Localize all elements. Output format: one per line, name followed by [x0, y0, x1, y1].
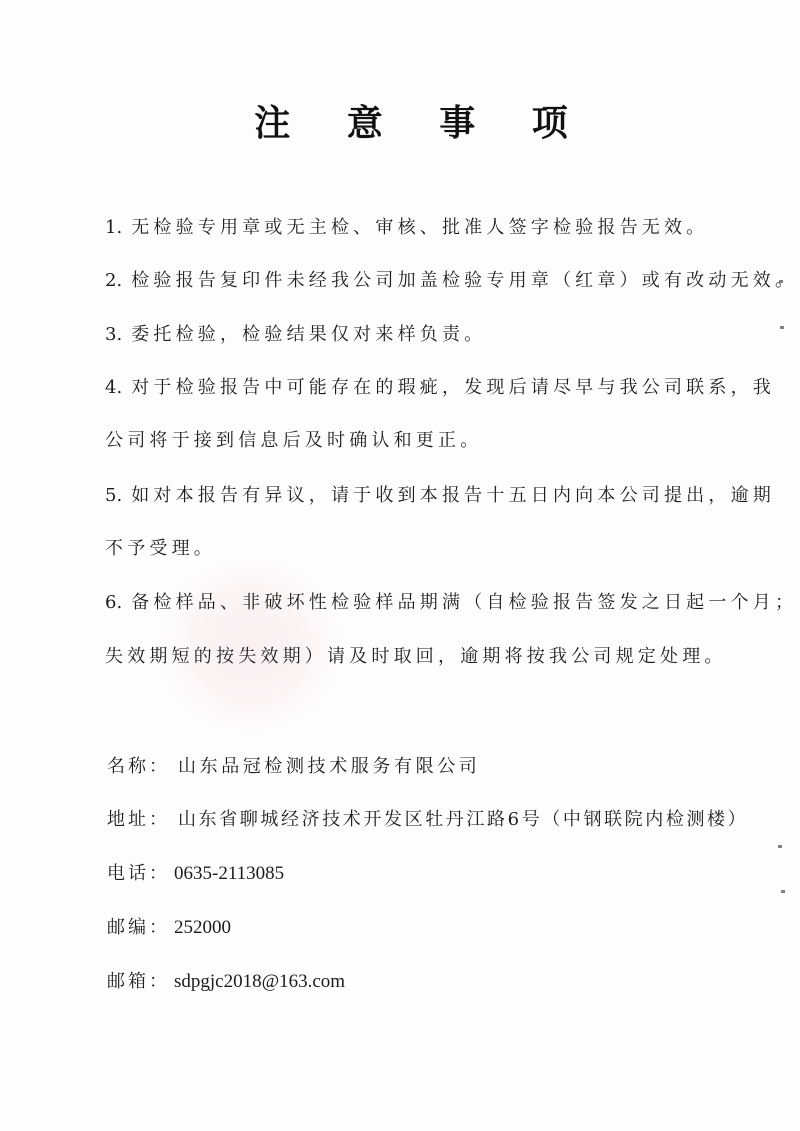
- punch-hole-mark: [780, 326, 784, 329]
- page-title: 注 意 事 项: [0, 100, 800, 148]
- notice-item-6: 6.备检样品、非破坏性检验样品期满（自检验报告签发之日起一个月；: [105, 591, 797, 615]
- postcode-label: 邮编：: [107, 917, 170, 938]
- company-name-value: 山东品冠检测技术服务有限公司: [178, 756, 480, 777]
- email-label: 邮箱：: [107, 971, 170, 992]
- notice-item-6-continued: 失效期短的按失效期）请及时取回，逾期将按我公司规定处理。: [105, 645, 727, 669]
- address-row: 地址：山东省聊城经济技术开发区牡丹江路6号（中钢联院内检测楼）: [107, 808, 748, 832]
- notice-item-5: 5.如对本报告有异议，请于收到本报告十五日内向本公司提出，逾期: [105, 484, 775, 508]
- postcode-value: 252000: [174, 917, 231, 938]
- address-value: 山东省聊城经济技术开发区牡丹江路6号（中钢联院内检测楼）: [178, 809, 748, 830]
- item-text: 委托检验，检验结果仅对来样负责。: [131, 324, 486, 345]
- item-number: 3.: [105, 323, 122, 347]
- company-name-row: 名称：山东品冠检测技术服务有限公司: [107, 755, 480, 779]
- notice-item-1: 1.无检验专用章或无主检、审核、批准人签字检验报告无效。: [105, 216, 708, 240]
- email-value: sdpgjc2018@163.com: [174, 971, 345, 992]
- postcode-row: 邮编：252000: [107, 916, 231, 940]
- item-text: 如对本报告有异议，请于收到本报告十五日内向本公司提出，逾期: [131, 485, 775, 506]
- notice-item-5-continued: 不予受理。: [105, 537, 216, 561]
- item-text: 对于检验报告中可能存在的瑕疵，发现后请尽早与我公司联系，我: [131, 377, 775, 398]
- notice-item-2: 2.检验报告复印件未经我公司加盖检验专用章（红章）或有改动无效。: [105, 269, 797, 293]
- document-page: 注 意 事 项 1.无检验专用章或无主检、审核、批准人签字检验报告无效。 2.检…: [0, 0, 800, 1131]
- address-label: 地址：: [107, 809, 170, 830]
- item-text: 失效期短的按失效期）请及时取回，逾期将按我公司规定处理。: [105, 646, 727, 667]
- item-text: 检验报告复印件未经我公司加盖检验专用章（红章）或有改动无效。: [131, 270, 797, 291]
- item-text: 备检样品、非破坏性检验样品期满（自检验报告签发之日起一个月；: [131, 592, 797, 613]
- item-number: 2.: [105, 269, 122, 293]
- item-text: 公司将于接到信息后及时确认和更正。: [105, 430, 482, 451]
- notice-item-4: 4.对于检验报告中可能存在的瑕疵，发现后请尽早与我公司联系，我: [105, 376, 775, 400]
- item-number: 4.: [105, 376, 122, 400]
- item-number: 5.: [105, 484, 122, 508]
- phone-row: 电话：0635-2113085: [107, 862, 284, 886]
- punch-hole-mark: [781, 890, 785, 893]
- punch-hole-mark: [778, 845, 782, 848]
- item-text: 无检验专用章或无主检、审核、批准人签字检验报告无效。: [131, 217, 708, 238]
- phone-label: 电话：: [107, 863, 170, 884]
- phone-value: 0635-2113085: [174, 863, 284, 884]
- email-row: 邮箱：sdpgjc2018@163.com: [107, 970, 345, 994]
- item-text: 不予受理。: [105, 538, 216, 559]
- notice-item-3: 3.委托检验，检验结果仅对来样负责。: [105, 323, 486, 347]
- company-name-label: 名称：: [107, 756, 170, 777]
- item-number: 1.: [105, 216, 122, 240]
- item-number: 6.: [105, 591, 122, 615]
- notice-item-4-continued: 公司将于接到信息后及时确认和更正。: [105, 429, 482, 453]
